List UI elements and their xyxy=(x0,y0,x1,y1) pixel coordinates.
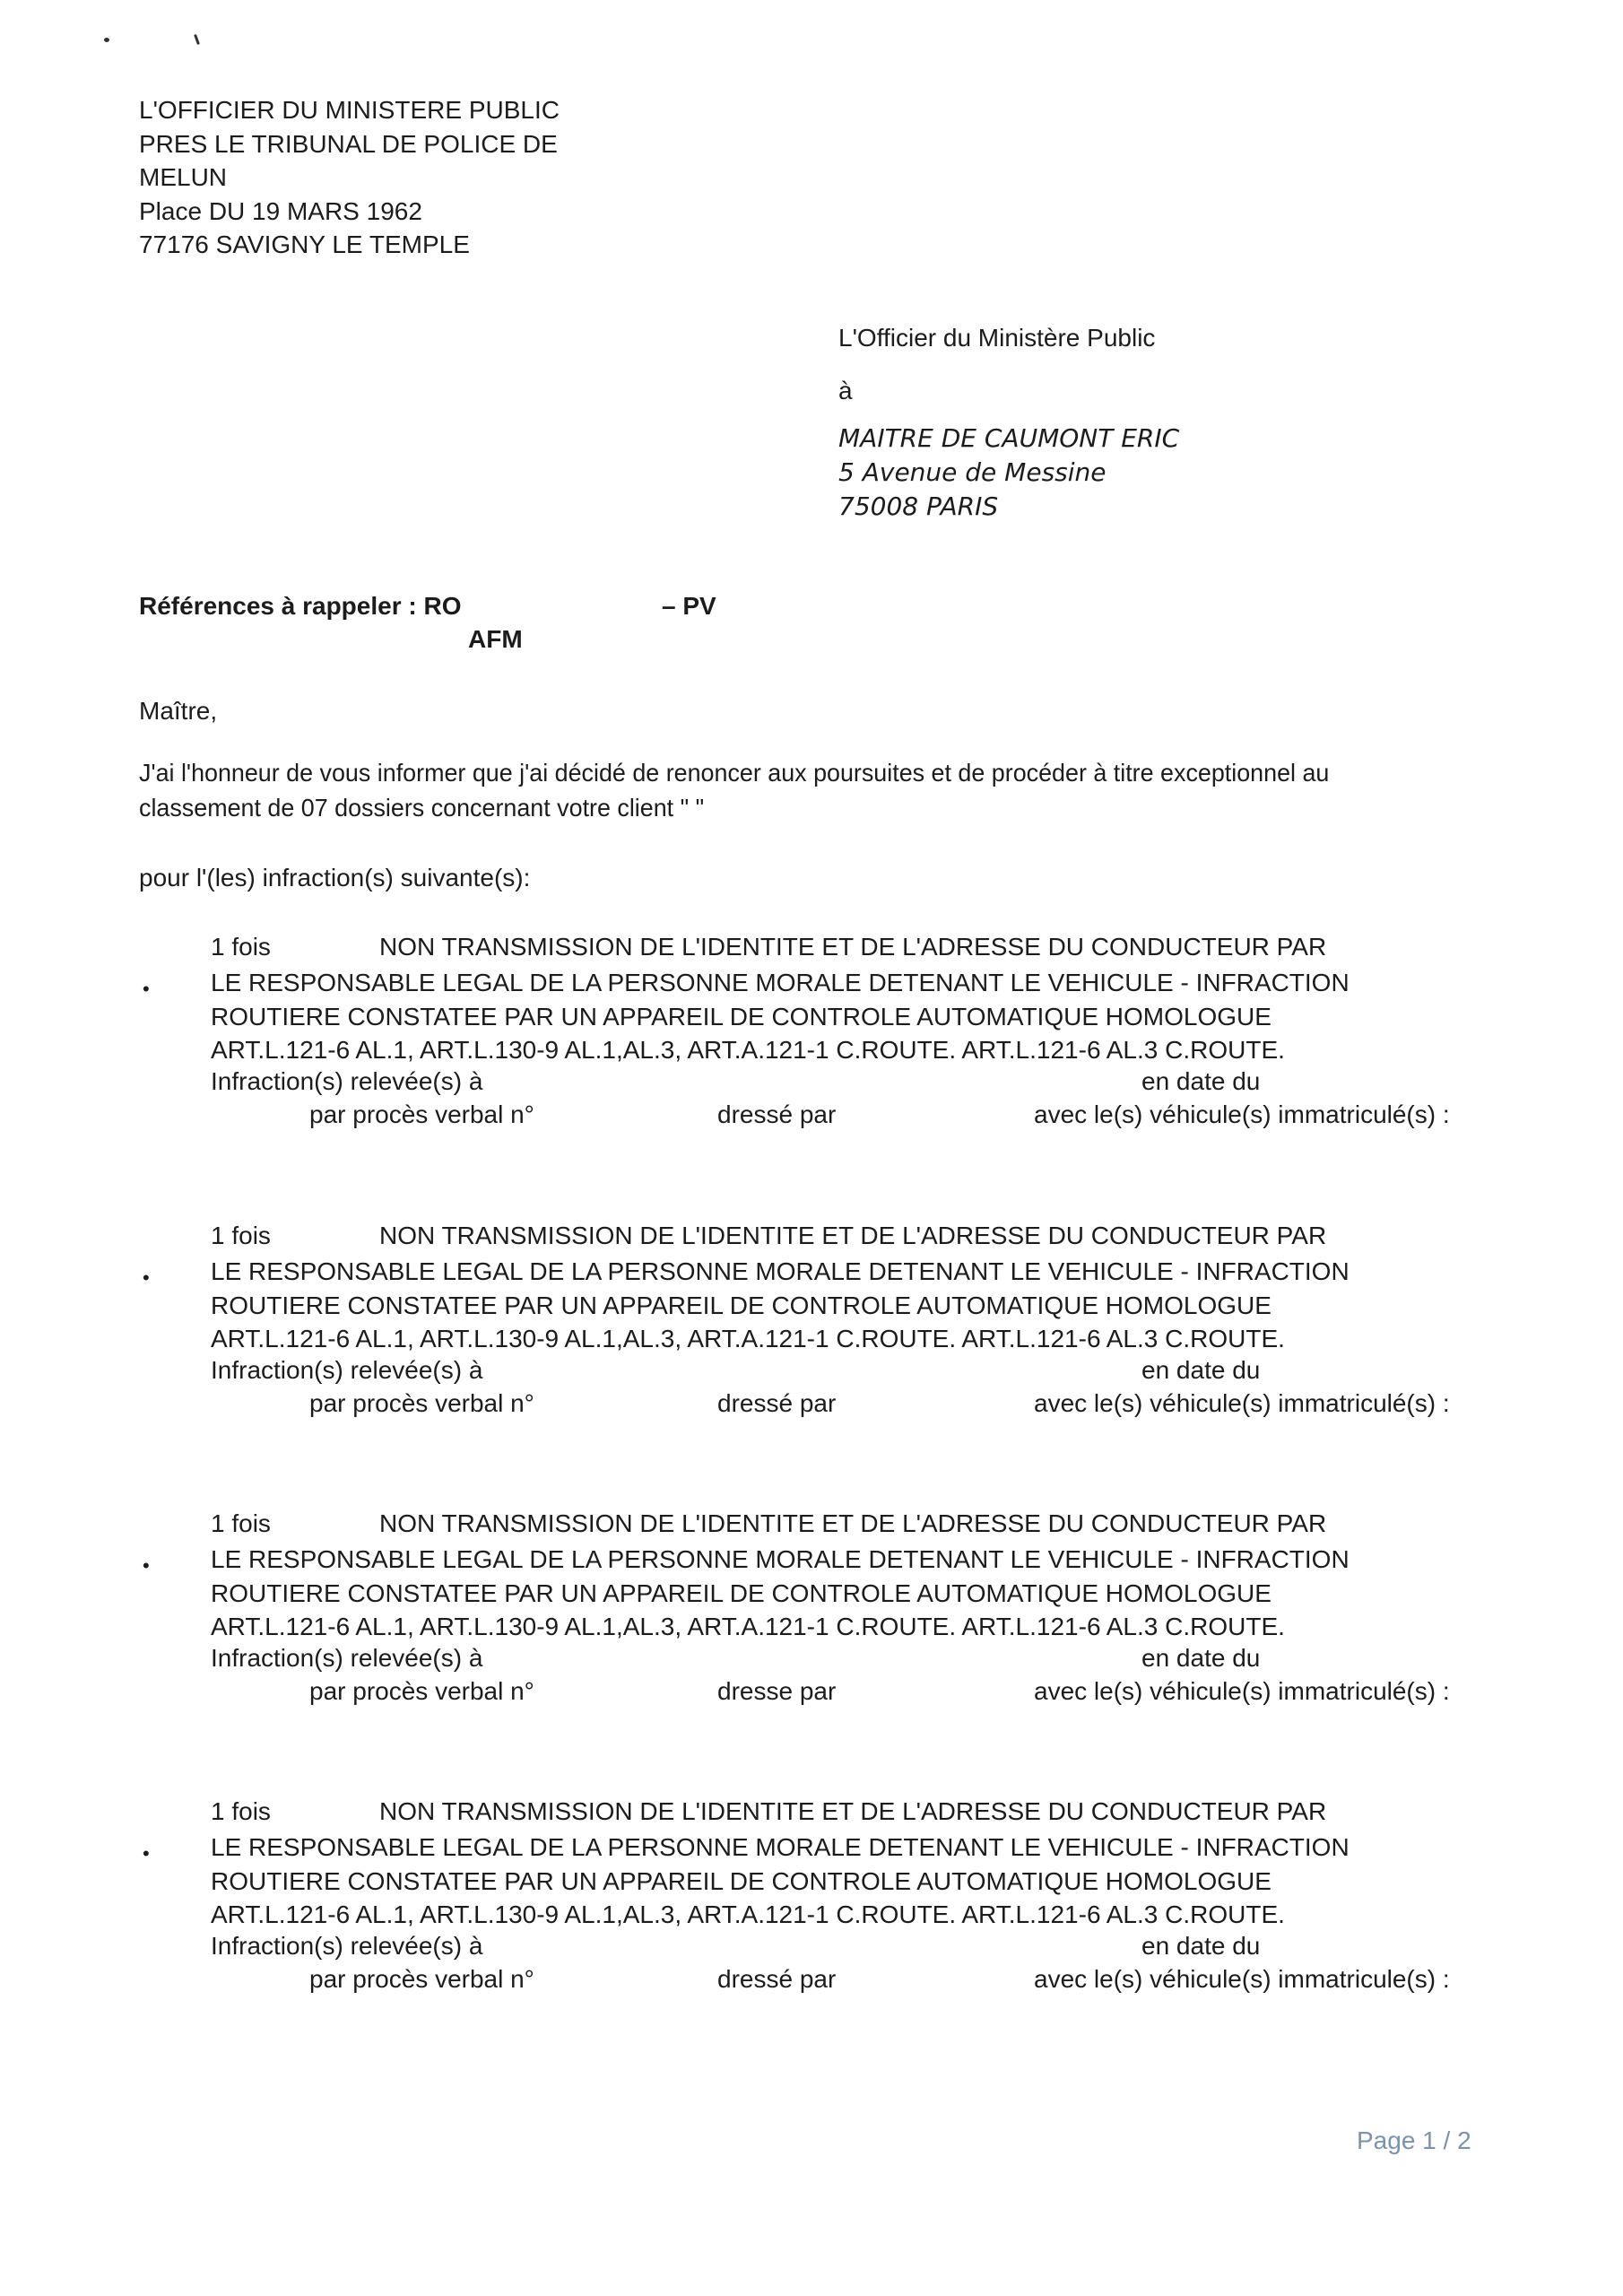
sender-line: MELUN xyxy=(139,161,560,195)
date-label: en date du xyxy=(1141,1644,1260,1673)
bullet-icon: • xyxy=(143,1842,150,1865)
infraction-line: LE RESPONSABLE LEGAL DE LA PERSONNE MORA… xyxy=(211,1255,1350,1289)
infraction-title: NON TRANSMISSION DE L'IDENTITE ET DE L'A… xyxy=(379,933,1326,961)
references-afm: AFM xyxy=(468,625,523,654)
references-label: Références à rappeler : RO xyxy=(139,592,462,621)
pv-label: par procès verbal n° xyxy=(309,1965,534,1994)
scan-speck xyxy=(194,34,200,45)
infraction-line: ROUTIERE CONSTATEE PAR UN APPAREIL DE CO… xyxy=(211,1577,1350,1611)
infraction-item: • 1 fois NON TRANSMISSION DE L'IDENTITE … xyxy=(139,933,1538,1148)
infraction-line: ART.L.121-6 AL.1, ART.L.130-9 AL.1,AL.3,… xyxy=(211,1898,1350,1932)
to-word: à xyxy=(838,377,853,405)
releve-label: Infraction(s) relevée(s) à xyxy=(211,1067,482,1096)
infraction-count: 1 fois xyxy=(211,1797,271,1826)
infraction-line: ART.L.121-6 AL.1, ART.L.130-9 AL.1,AL.3,… xyxy=(211,1322,1350,1356)
vehicle-label: avec le(s) véhicule(s) immatriculé(s) : xyxy=(1034,1100,1450,1129)
sender-line: 77176 SAVIGNY LE TEMPLE xyxy=(139,228,560,262)
infraction-item: • 1 fois NON TRANSMISSION DE L'IDENTITE … xyxy=(139,1797,1538,2013)
sender-line: Place DU 19 MARS 1962 xyxy=(139,195,560,229)
releve-label: Infraction(s) relevée(s) à xyxy=(211,1932,482,1961)
recipient-line: 5 Avenue de Messine xyxy=(838,456,1179,490)
infraction-item: • 1 fois NON TRANSMISSION DE L'IDENTITE … xyxy=(139,1222,1538,1437)
infraction-title: NON TRANSMISSION DE L'IDENTITE ET DE L'A… xyxy=(379,1222,1326,1250)
date-label: en date du xyxy=(1141,1356,1260,1385)
vehicle-label: avec le(s) véhicule(s) immatricule(s) : xyxy=(1034,1965,1450,1994)
lead-in: pour l'(les) infraction(s) suivante(s): xyxy=(139,864,530,892)
dresse-label: dressé par xyxy=(717,1965,836,1994)
vehicle-label: avec le(s) véhicule(s) immatriculé(s) : xyxy=(1034,1389,1450,1418)
references-pv: – PV xyxy=(662,592,716,621)
dresse-label: dressé par xyxy=(717,1389,836,1418)
releve-label: Infraction(s) relevée(s) à xyxy=(211,1644,482,1673)
pv-label: par procès verbal n° xyxy=(309,1100,534,1129)
salutation: Maître, xyxy=(139,697,217,726)
bullet-icon: • xyxy=(143,978,150,1001)
vehicle-label: avec le(s) véhicule(s) immatriculé(s) : xyxy=(1034,1677,1450,1706)
infraction-line: LE RESPONSABLE LEGAL DE LA PERSONNE MORA… xyxy=(211,1543,1350,1577)
sender-address: L'OFFICIER DU MINISTERE PUBLIC PRES LE T… xyxy=(139,93,560,262)
pv-label: par procès verbal n° xyxy=(309,1389,534,1418)
date-label: en date du xyxy=(1141,1932,1260,1961)
bullet-icon: • xyxy=(143,1554,150,1578)
from-line: L'Officier du Ministère Public xyxy=(838,323,1155,353)
infraction-line: ART.L.121-6 AL.1, ART.L.130-9 AL.1,AL.3,… xyxy=(211,1033,1350,1067)
bullet-icon: • xyxy=(143,1266,150,1290)
recipient-address: MAITRE DE CAUMONT ERIC 5 Avenue de Messi… xyxy=(838,422,1179,524)
pv-label: par procès verbal n° xyxy=(309,1677,534,1706)
infraction-count: 1 fois xyxy=(211,1509,271,1538)
intro-line: classement de 07 dossiers concernant vot… xyxy=(139,790,1329,825)
infraction-title: NON TRANSMISSION DE L'IDENTITE ET DE L'A… xyxy=(379,1509,1326,1538)
infraction-line: ROUTIERE CONSTATEE PAR UN APPAREIL DE CO… xyxy=(211,1865,1350,1899)
infraction-count: 1 fois xyxy=(211,933,271,961)
dresse-label: dressé par xyxy=(717,1100,836,1129)
intro-line: J'ai l'honneur de vous informer que j'ai… xyxy=(139,755,1329,790)
infraction-line: ROUTIERE CONSTATEE PAR UN APPAREIL DE CO… xyxy=(211,1289,1350,1323)
infraction-line: LE RESPONSABLE LEGAL DE LA PERSONNE MORA… xyxy=(211,1831,1350,1865)
infraction-item: • 1 fois NON TRANSMISSION DE L'IDENTITE … xyxy=(139,1509,1538,1725)
releve-label: Infraction(s) relevée(s) à xyxy=(211,1356,482,1385)
intro-paragraph: J'ai l'honneur de vous informer que j'ai… xyxy=(139,755,1329,825)
page-number: Page 1 / 2 xyxy=(1357,2126,1471,2155)
recipient-line: 75008 PARIS xyxy=(838,490,1179,524)
sender-line: L'OFFICIER DU MINISTERE PUBLIC xyxy=(139,93,560,127)
infraction-count: 1 fois xyxy=(211,1222,271,1250)
infraction-title: NON TRANSMISSION DE L'IDENTITE ET DE L'A… xyxy=(379,1797,1326,1826)
recipient-line: MAITRE DE CAUMONT ERIC xyxy=(838,422,1179,456)
dresse-label: dresse par xyxy=(717,1677,836,1706)
sender-line: PRES LE TRIBUNAL DE POLICE DE xyxy=(139,127,560,161)
infraction-line: ROUTIERE CONSTATEE PAR UN APPAREIL DE CO… xyxy=(211,1000,1350,1034)
scan-speck xyxy=(104,38,109,42)
date-label: en date du xyxy=(1141,1067,1260,1096)
infraction-line: ART.L.121-6 AL.1, ART.L.130-9 AL.1,AL.3,… xyxy=(211,1610,1350,1644)
infraction-line: LE RESPONSABLE LEGAL DE LA PERSONNE MORA… xyxy=(211,966,1350,1000)
